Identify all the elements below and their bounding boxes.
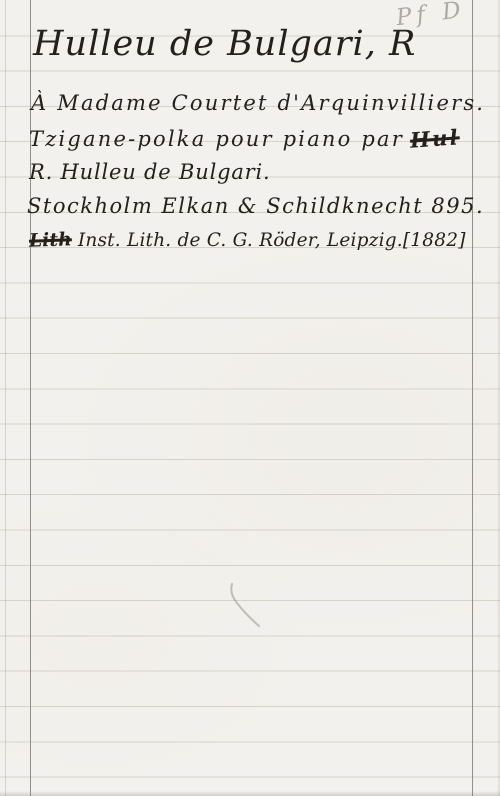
title-line: Tzigane-polka pour piano parHul bbox=[29, 126, 460, 151]
stray-pencil-stroke bbox=[225, 581, 267, 633]
struck-word: Hul bbox=[409, 124, 460, 152]
title-text: Tzigane-polka pour piano par bbox=[29, 127, 404, 151]
ruled-lines bbox=[0, 0, 500, 796]
printer-text: Inst. Lith. de C. G. Röder, Leipzig. bbox=[78, 230, 403, 251]
right-margin-line bbox=[472, 0, 473, 796]
struck-word: Lith bbox=[29, 229, 73, 251]
year-bracket: [1882] bbox=[403, 230, 466, 251]
left-margin-line bbox=[30, 0, 31, 796]
author-line: R. Hulleu de Bulgari. bbox=[29, 160, 270, 184]
dedication-line: À Madame Courtet d'Arquinvilliers. bbox=[31, 91, 485, 115]
catalog-card-scan: Pf D Hulleu de Bulgari, R À Madame Court… bbox=[0, 0, 500, 796]
printer-line: LithInst. Lith. de C. G. Röder, Leipzig.… bbox=[29, 230, 466, 251]
card-heading: Hulleu de Bulgari, R bbox=[33, 24, 416, 64]
publisher-line: Stockholm Elkan & Schildknecht 895. bbox=[27, 194, 484, 218]
left-edge-line bbox=[5, 0, 6, 796]
bottom-paper-edge bbox=[0, 791, 500, 796]
